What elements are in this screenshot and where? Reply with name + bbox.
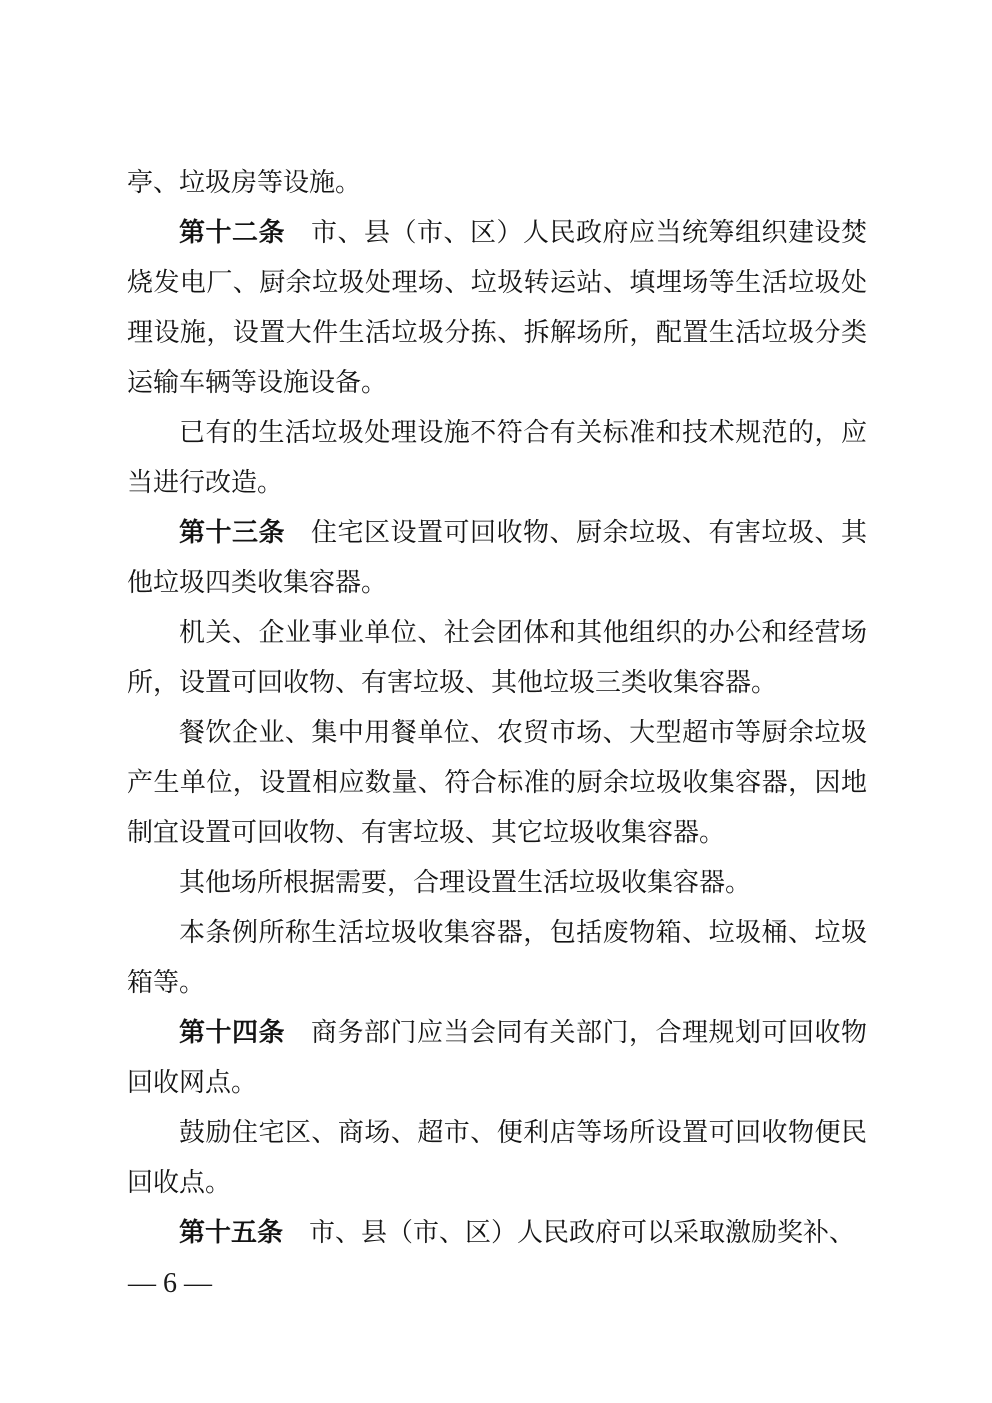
paragraph: 鼓励住宅区、商场、超市、便利店等场所设置可回收物便民回收点。 [127,1108,867,1208]
paragraph-text: 餐饮企业、集中用餐单位、农贸市场、大型超市等厨余垃圾产生单位，设置相应数量、符合… [127,718,867,847]
paragraph-text: 市、县（市、区）人民政府可以采取激励奖补、 [309,1218,855,1247]
paragraph-article: 第十四条商务部门应当会同有关部门，合理规划可回收物回收网点。 [127,1008,867,1108]
paragraph-text: 已有的生活垃圾处理设施不符合有关标准和技术规范的，应当进行改造。 [127,418,867,497]
paragraph-article: 第十二条市、县（市、区）人民政府应当统筹组织建设焚烧发电厂、厨余垃圾处理场、垃圾… [127,208,867,408]
paragraph: 本条例所称生活垃圾收集容器，包括废物箱、垃圾桶、垃圾箱等。 [127,908,867,1008]
article-number: 第十二条 [179,218,285,247]
paragraph-text: 其他场所根据需要，合理设置生活垃圾收集容器。 [179,868,751,897]
paragraph-article: 第十五条市、县（市、区）人民政府可以采取激励奖补、 [127,1208,867,1258]
paragraph: 机关、企业事业单位、社会团体和其他组织的办公和经营场所，设置可回收物、有害垃圾、… [127,608,867,708]
paragraph-text: 鼓励住宅区、商场、超市、便利店等场所设置可回收物便民回收点。 [127,1118,867,1197]
paragraph-text: 本条例所称生活垃圾收集容器，包括废物箱、垃圾桶、垃圾箱等。 [127,918,867,997]
paragraph: 其他场所根据需要，合理设置生活垃圾收集容器。 [127,858,867,908]
paragraph-text: 机关、企业事业单位、社会团体和其他组织的办公和经营场所，设置可回收物、有害垃圾、… [127,618,867,697]
document-body: 亭、垃圾房等设施。 第十二条市、县（市、区）人民政府应当统筹组织建设焚烧发电厂、… [127,158,867,1258]
article-number: 第十五条 [179,1218,283,1247]
paragraph: 亭、垃圾房等设施。 [127,158,867,208]
page-number: — 6 — [128,1264,212,1304]
article-number: 第十三条 [179,518,285,547]
paragraph: 已有的生活垃圾处理设施不符合有关标准和技术规范的，应当进行改造。 [127,408,867,508]
paragraph-text: 亭、垃圾房等设施。 [127,168,361,197]
article-number: 第十四条 [179,1018,285,1047]
document-page: 亭、垃圾房等设施。 第十二条市、县（市、区）人民政府应当统筹组织建设焚烧发电厂、… [0,0,992,1403]
paragraph-article: 第十三条住宅区设置可回收物、厨余垃圾、有害垃圾、其他垃圾四类收集容器。 [127,508,867,608]
paragraph: 餐饮企业、集中用餐单位、农贸市场、大型超市等厨余垃圾产生单位，设置相应数量、符合… [127,708,867,858]
